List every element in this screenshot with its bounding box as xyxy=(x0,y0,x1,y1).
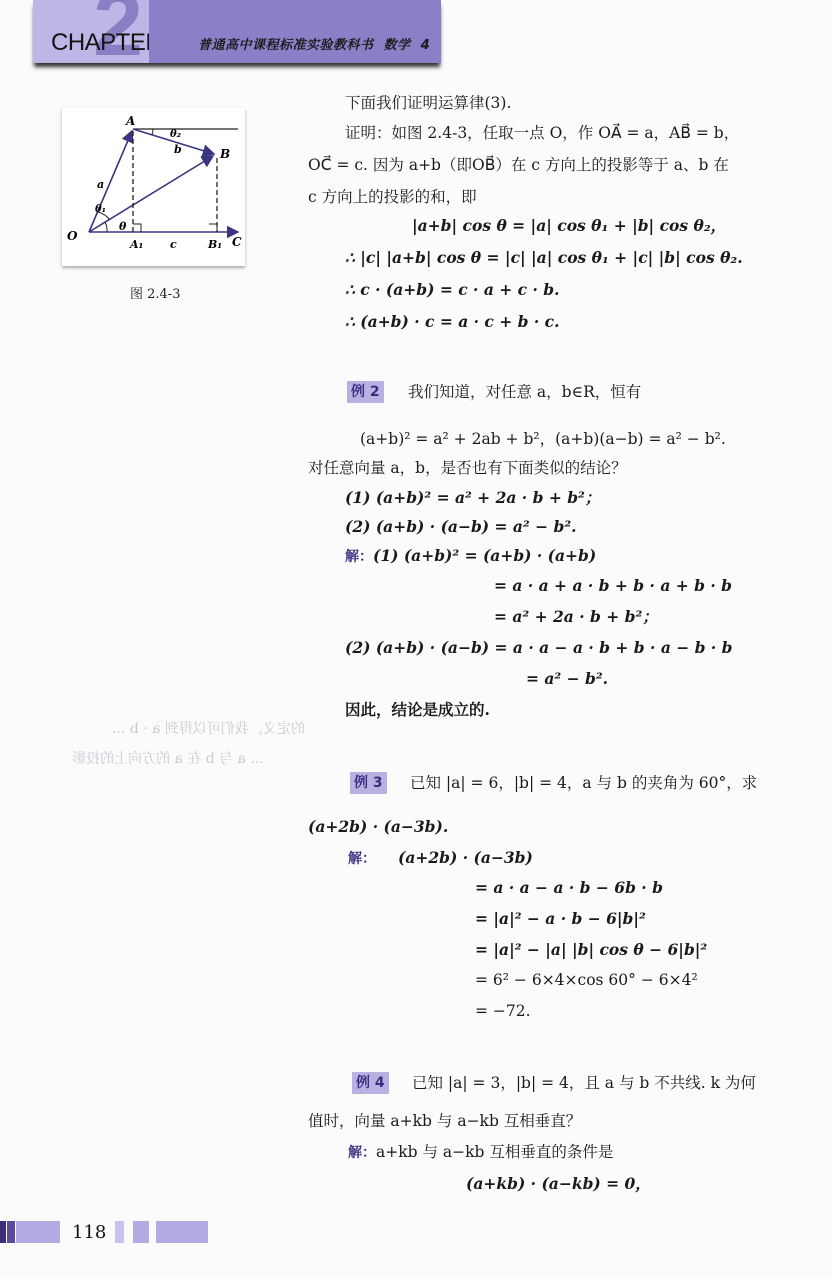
example-2-solution-1: 解：(1) (a+b)² = (a+b) · (a+b) xyxy=(345,548,596,565)
vector-projection-diagram: A B O C A₁ B₁ a b c θ θ₁ θ₂ xyxy=(62,108,245,266)
book-title: 普通高中课程标准实验教科书 数学 4 xyxy=(198,34,430,53)
example-3-solution-3: = |a|² − a · b − 6|b|² xyxy=(475,911,646,927)
page-number: 118 xyxy=(72,1222,106,1243)
example-4-line-1: 已知 |a| = 3，|b| = 4，且 a 与 b 不共线. k 为何 xyxy=(412,1076,756,1092)
example-3-solution-5: = 6² − 6×4×cos 60° − 6×4² xyxy=(475,973,698,989)
example-3-line-2: (a+2b) · (a−3b). xyxy=(308,819,448,835)
label-a: a xyxy=(97,178,104,191)
label-B: B xyxy=(219,147,230,161)
label-O: O xyxy=(67,229,78,243)
proof-intro: 下面我们证明运算律(3). xyxy=(345,96,511,112)
example-3-solution-4: = |a|² − |a| |b| cos θ − 6|b|² xyxy=(475,942,707,958)
example-2-solution-2: = a · a + a · b + b · a + b · b xyxy=(494,578,732,594)
example-3-solution-6: = −72. xyxy=(475,1004,531,1020)
proof-line-2: OC⃗ = c. 因为 a+b（即OB⃗）在 c 方向上的投影等于 a、b 在 xyxy=(308,158,729,174)
example-2-solution-4: (2) (a+b) · (a−b) = a · a − a · b + b · … xyxy=(345,640,733,656)
figure-caption: 图 2.4-3 xyxy=(130,283,180,302)
proof-equation-1: |a+b| cos θ = |a| cos θ₁ + |b| cos θ₂， xyxy=(412,218,726,234)
solution-label: 解： xyxy=(348,1145,376,1161)
footer-bar-right xyxy=(156,1221,208,1243)
example-2-line-3: 对任意向量 a，b，是否也有下面类似的结论？ xyxy=(308,461,627,477)
label-c: c xyxy=(170,238,177,251)
proof-equation-4: ∴ (a+b) · c = a · c + b · c. xyxy=(345,314,560,330)
example-2-line-2: (a+b)² = a² + 2ab + b²，(a+b)(a−b) = a² −… xyxy=(360,432,726,448)
proof-equation-2: ∴ |c| |a+b| cos θ = |c| |a| cos θ₁ + |c|… xyxy=(345,250,743,266)
chapter-label: CHAPTER xyxy=(51,29,149,57)
footer-bar-small-1 xyxy=(115,1221,124,1243)
example-3-line-1: 已知 |a| = 6，|b| = 4，a 与 b 的夹角为 60°，求 xyxy=(410,776,757,792)
footer-bar-dark-1 xyxy=(0,1221,6,1243)
label-C: C xyxy=(232,235,242,249)
example-4-tag: 例 4 xyxy=(352,1072,389,1094)
show-through-text-2: ... a 与 b 在 a 的方向上的投影 xyxy=(72,748,264,768)
label-theta1: θ₁ xyxy=(95,204,106,215)
proof-line-3: c 方向上的投影的和，即 xyxy=(308,190,477,206)
example-4-solution-1: 解：a+kb 与 a−kb 互相垂直的条件是 xyxy=(348,1145,613,1161)
figure-2-4-3: A B O C A₁ B₁ a b c θ θ₁ θ₂ xyxy=(62,108,245,266)
footer-bar-small-2 xyxy=(133,1221,149,1243)
solution-label: 解： xyxy=(348,851,376,867)
example-2-tag: 例 2 xyxy=(347,381,384,403)
example-2-conclusion: 因此，结论是成立的. xyxy=(345,702,490,718)
example-2-solution-5: = a² − b². xyxy=(526,671,608,687)
example-3-solution-1: 解：(a+2b) · (a−3b) xyxy=(348,850,533,867)
example-2-line-1: 我们知道，对任意 a，b∈R，恒有 xyxy=(408,385,641,401)
footer-bar-dark-2 xyxy=(7,1221,15,1243)
example-2-solution-3: = a² + 2a · b + b²； xyxy=(494,609,658,625)
chapter-block: 2 CHAPTER xyxy=(33,0,149,63)
example-3-tag: 例 3 xyxy=(350,772,387,794)
proof-equation-3: ∴ c · (a+b) = c · a + c · b. xyxy=(345,282,560,298)
example-3-solution-2: = a · a − a · b − 6b · b xyxy=(475,880,663,896)
label-theta: θ xyxy=(119,220,127,233)
proof-line-1: 证明：如图 2.4-3，任取一点 O，作 OA⃗ = a，AB⃗ = b， xyxy=(345,126,739,142)
label-b: b xyxy=(174,143,182,156)
label-B1: B₁ xyxy=(207,238,222,251)
label-theta2: θ₂ xyxy=(170,129,182,140)
example-2-question-1: (1) (a+b)² = a² + 2a · b + b²； xyxy=(345,490,600,506)
solution-label: 解： xyxy=(345,549,373,565)
label-A1: A₁ xyxy=(129,238,143,251)
example-4-solution-2: (a+kb) · (a−kb) = 0， xyxy=(466,1176,651,1192)
footer-bar-left xyxy=(16,1221,60,1243)
example-2-question-2: (2) (a+b) · (a−b) = a² − b². xyxy=(345,519,577,535)
label-A: A xyxy=(125,114,135,128)
chapter-header: 2 CHAPTER 普通高中课程标准实验教科书 数学 4 xyxy=(33,0,441,63)
example-4-line-2: 值时，向量 a+kb 与 a−kb 互相垂直？ xyxy=(308,1114,581,1130)
show-through-text-1: 的定义，我们可以得到 a · b ... xyxy=(112,718,305,738)
